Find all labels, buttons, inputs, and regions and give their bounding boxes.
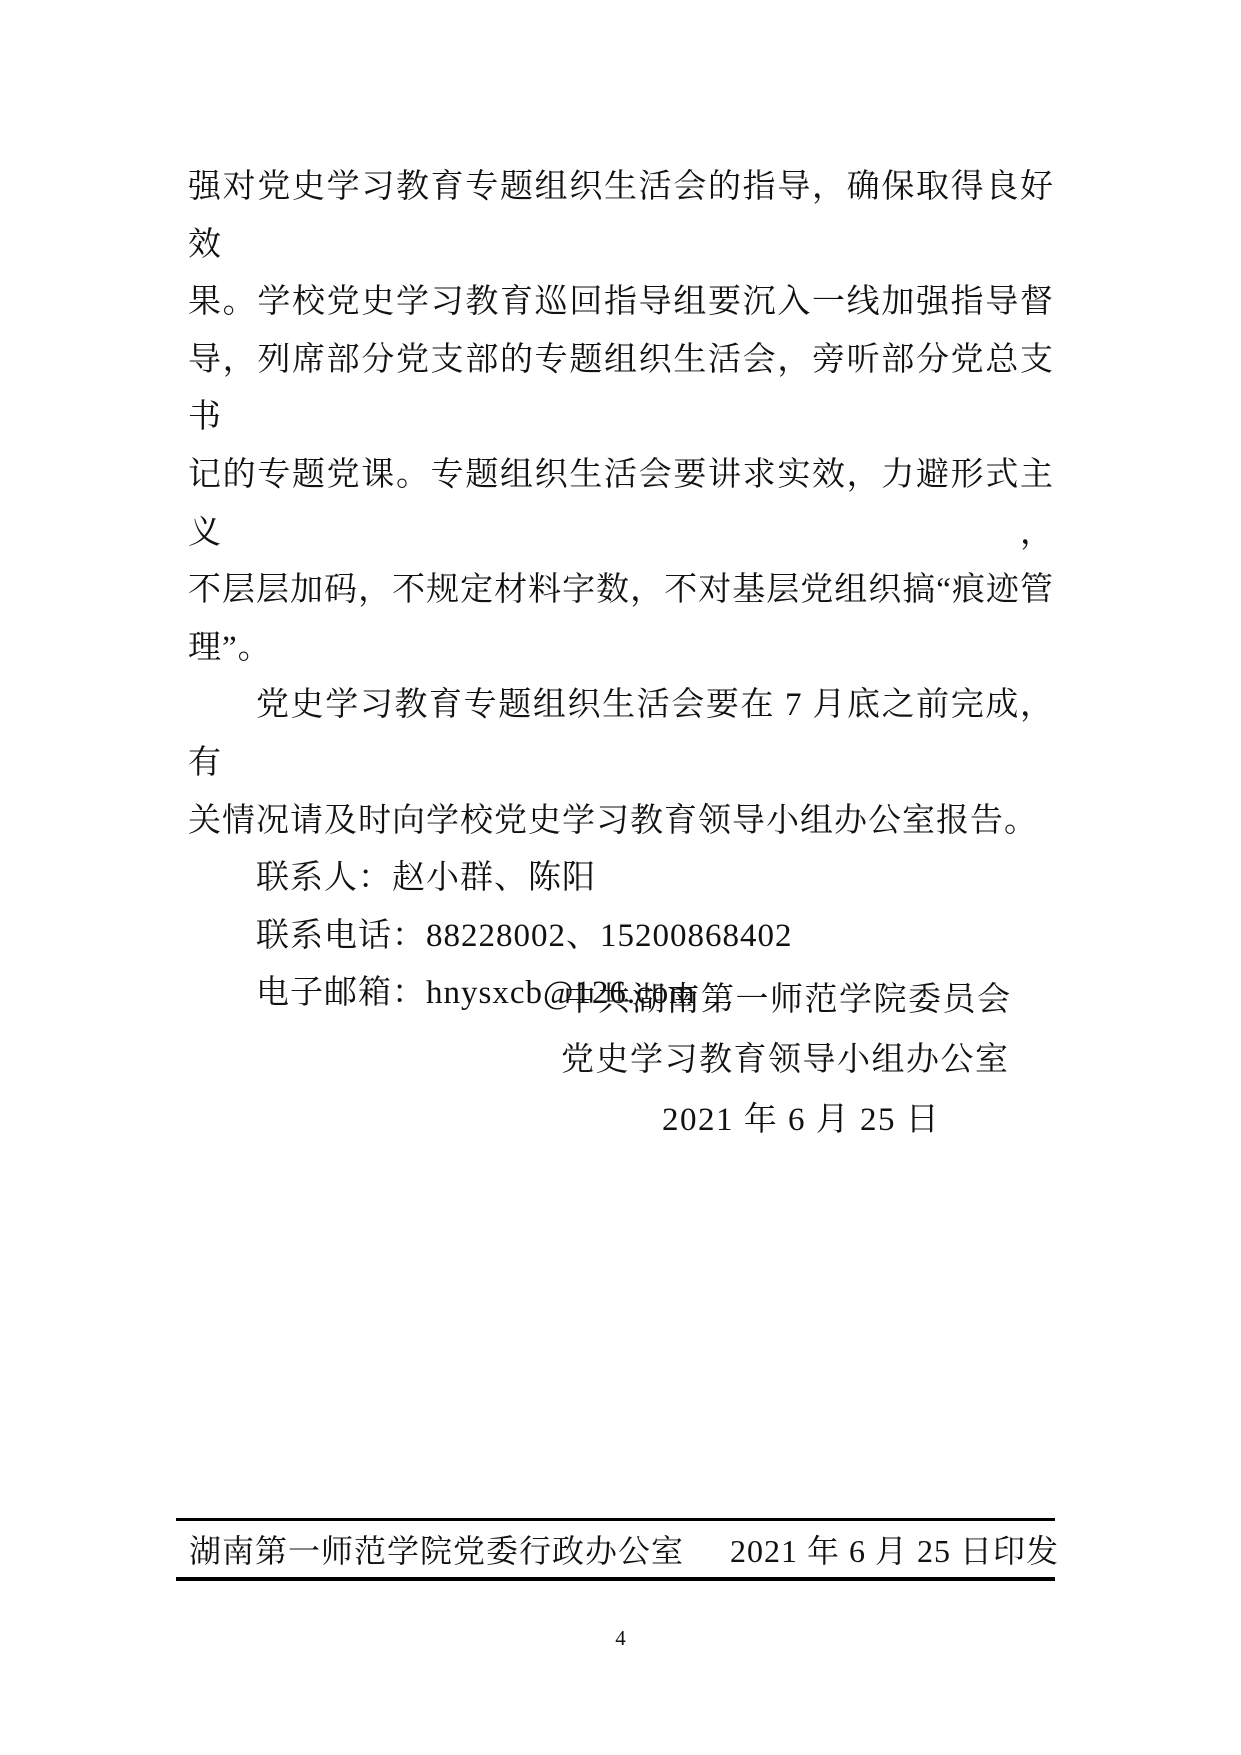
paragraph-line: 果。学校党史学习教育巡回指导组要沉入一线加强指导督 — [188, 274, 1054, 332]
paragraph-line: 理”。 — [188, 620, 1054, 678]
footer-imprint-line: 湖南第一师范学院党委行政办公室2021 年 6 月 25 日印发 — [189, 1532, 1055, 1570]
contact-phone-line: 联系电话：88228002、15200868402 — [188, 908, 1054, 966]
footer-print-date: 2021 年 6 月 25 日印发 — [730, 1533, 1059, 1569]
paragraph-line: 强对党史学习教育专题组织生活会的指导，确保取得良好效 — [188, 159, 1054, 274]
document-page: 强对党史学习教育专题组织生活会的指导，确保取得良好效 果。学校党史学习教育巡回指… — [0, 0, 1241, 1755]
signature-org-line-1: 中共湖南第一师范学院委员会 — [563, 980, 1012, 1020]
footer-rule-bottom — [176, 1577, 1055, 1581]
paragraph-line: 不层层加码，不规定材料字数，不对基层党组织搞“痕迹管 — [188, 562, 1054, 620]
paragraph-line: 党史学习教育专题组织生活会要在 7 月底之前完成，有 — [188, 677, 1054, 792]
page-number: 4 — [0, 1626, 1241, 1650]
body-text: 强对党史学习教育专题组织生活会的指导，确保取得良好效 果。学校党史学习教育巡回指… — [188, 159, 1054, 1023]
footer-rule-top — [176, 1518, 1055, 1521]
signature-org-line-2: 党史学习教育领导小组办公室 — [561, 1040, 1010, 1080]
paragraph-line: 导，列席部分党支部的专题组织生活会，旁听部分党总支书 — [188, 332, 1054, 447]
paragraph-line: 记的专题党课。专题组织生活会要讲求实效，力避形式主义， — [188, 447, 1054, 562]
footer-issuer: 湖南第一师范学院党委行政办公室 — [189, 1533, 684, 1569]
signature-date: 2021 年 6 月 25 日 — [662, 1100, 940, 1140]
contact-person-line: 联系人：赵小群、陈阳 — [188, 850, 1054, 908]
paragraph-line: 关情况请及时向学校党史学习教育领导小组办公室报告。 — [188, 793, 1054, 851]
